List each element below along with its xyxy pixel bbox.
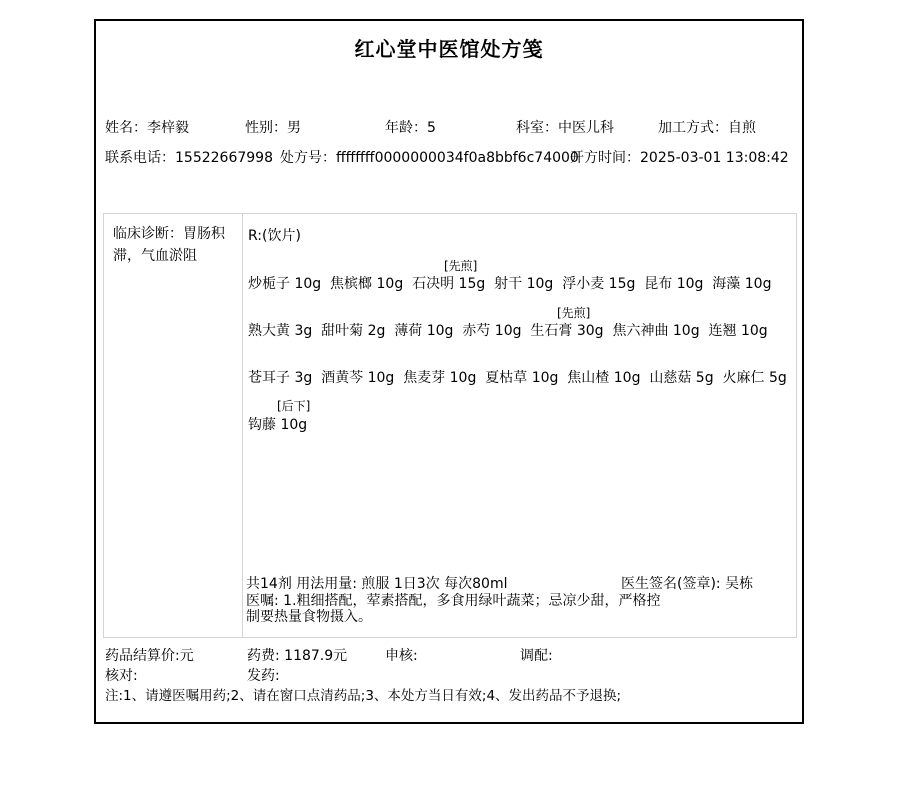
check-field: 核对: <box>105 668 138 685</box>
footer-note: 注:1、请遵医嘱用药;2、请在窗口点清药品;3、本处方当日有效;4、发出药品不予… <box>105 688 621 705</box>
doctor-signature: 医生签名(签章): 吴栋 <box>621 576 753 593</box>
prescribe-time-field: 开方时间：2025-03-01 13:08:42 <box>570 150 789 167</box>
rx-line2-herbs: 熟大黄 3g 甜叶菊 2g 薄荷 10g 赤芍 10g 生石膏 30g 焦六神曲… <box>248 323 768 340</box>
rx-line4-herbs: 钩藤 10g <box>248 417 307 434</box>
gender-label: 性别： <box>245 120 287 136</box>
prescription-sheet: 红心堂中医馆处方笺 姓名：李梓毅 性别：男 年龄：5 科室：中医儿科 加工方式：… <box>94 19 804 724</box>
patient-name-label: 姓名： <box>105 120 147 136</box>
rx-line2-tag: [先煎] <box>557 306 590 320</box>
rx-content-cell: R:(饮片) [先煎] 炒栀子 10g 焦槟榔 10g 石决明 15g 射干 1… <box>243 214 796 637</box>
age-value: 5 <box>427 120 436 136</box>
dispense-field: 发药: <box>247 668 280 685</box>
department-value: 中医儿科 <box>558 120 614 136</box>
clinical-diagnosis: 临床诊断：胃肠积滞，气血淤阻 <box>104 214 243 637</box>
prescribe-time-label: 开方时间： <box>570 150 640 166</box>
processing-value: 自煎 <box>728 120 756 136</box>
rx-line1-herbs: 炒栀子 10g 焦槟榔 10g 石决明 15g 射干 10g 浮小麦 15g 昆… <box>248 276 771 293</box>
department-field: 科室：中医儿科 <box>516 120 614 137</box>
rx-header: R:(饮片) <box>248 228 301 245</box>
processing-field: 加工方式：自煎 <box>658 120 756 137</box>
department-label: 科室： <box>516 120 558 136</box>
prepare-field: 调配: <box>520 648 553 665</box>
rx-number-field: 处方号：ffffffff0000000034f0a8bbf6c74000 <box>280 150 579 167</box>
processing-label: 加工方式： <box>658 120 728 136</box>
gender-field: 性别：男 <box>245 120 301 137</box>
medical-advice: 医嘱: 1.粗细搭配，荤素搭配，多食用绿叶蔬菜；忌凉少甜，严格控制要热量食物摄入… <box>246 593 670 625</box>
phone-label: 联系电话： <box>105 150 175 166</box>
rx-number-value: ffffffff0000000034f0a8bbf6c74000 <box>336 150 579 166</box>
gender-value: 男 <box>287 120 301 136</box>
age-label: 年龄： <box>385 120 427 136</box>
page-title: 红心堂中医馆处方笺 <box>96 33 802 62</box>
phone-value: 15522667998 <box>175 150 273 166</box>
settle-price-field: 药品结算价:元 <box>105 648 194 665</box>
phone-field: 联系电话：15522667998 <box>105 150 273 167</box>
prescription-table: 临床诊断：胃肠积滞，气血淤阻 R:(饮片) [先煎] 炒栀子 10g 焦槟榔 1… <box>103 213 797 638</box>
rx-line4-tag: [后下] <box>277 399 310 413</box>
patient-name-field: 姓名：李梓毅 <box>105 120 189 137</box>
dosage-instructions: 共14剂 用法用量: 煎服 1日3次 每次80ml <box>246 576 508 593</box>
fee-value: 1187.9元 <box>284 648 347 664</box>
rx-line3-herbs: 苍耳子 3g 酒黄芩 10g 焦麦芽 10g 夏枯草 10g 焦山楂 10g 山… <box>248 370 787 387</box>
rx-line1-tag: [先煎] <box>444 259 477 273</box>
prescribe-time-value: 2025-03-01 13:08:42 <box>640 150 789 166</box>
fee-label: 药费: <box>247 648 284 664</box>
review-field: 申核: <box>385 648 418 665</box>
rx-number-label: 处方号： <box>280 150 336 166</box>
age-field: 年龄：5 <box>385 120 436 137</box>
prescription-page: 红心堂中医馆处方笺 姓名：李梓毅 性别：男 年龄：5 科室：中医儿科 加工方式：… <box>0 0 900 800</box>
fee-field: 药费: 1187.9元 <box>247 648 347 665</box>
patient-name-value: 李梓毅 <box>147 120 189 136</box>
